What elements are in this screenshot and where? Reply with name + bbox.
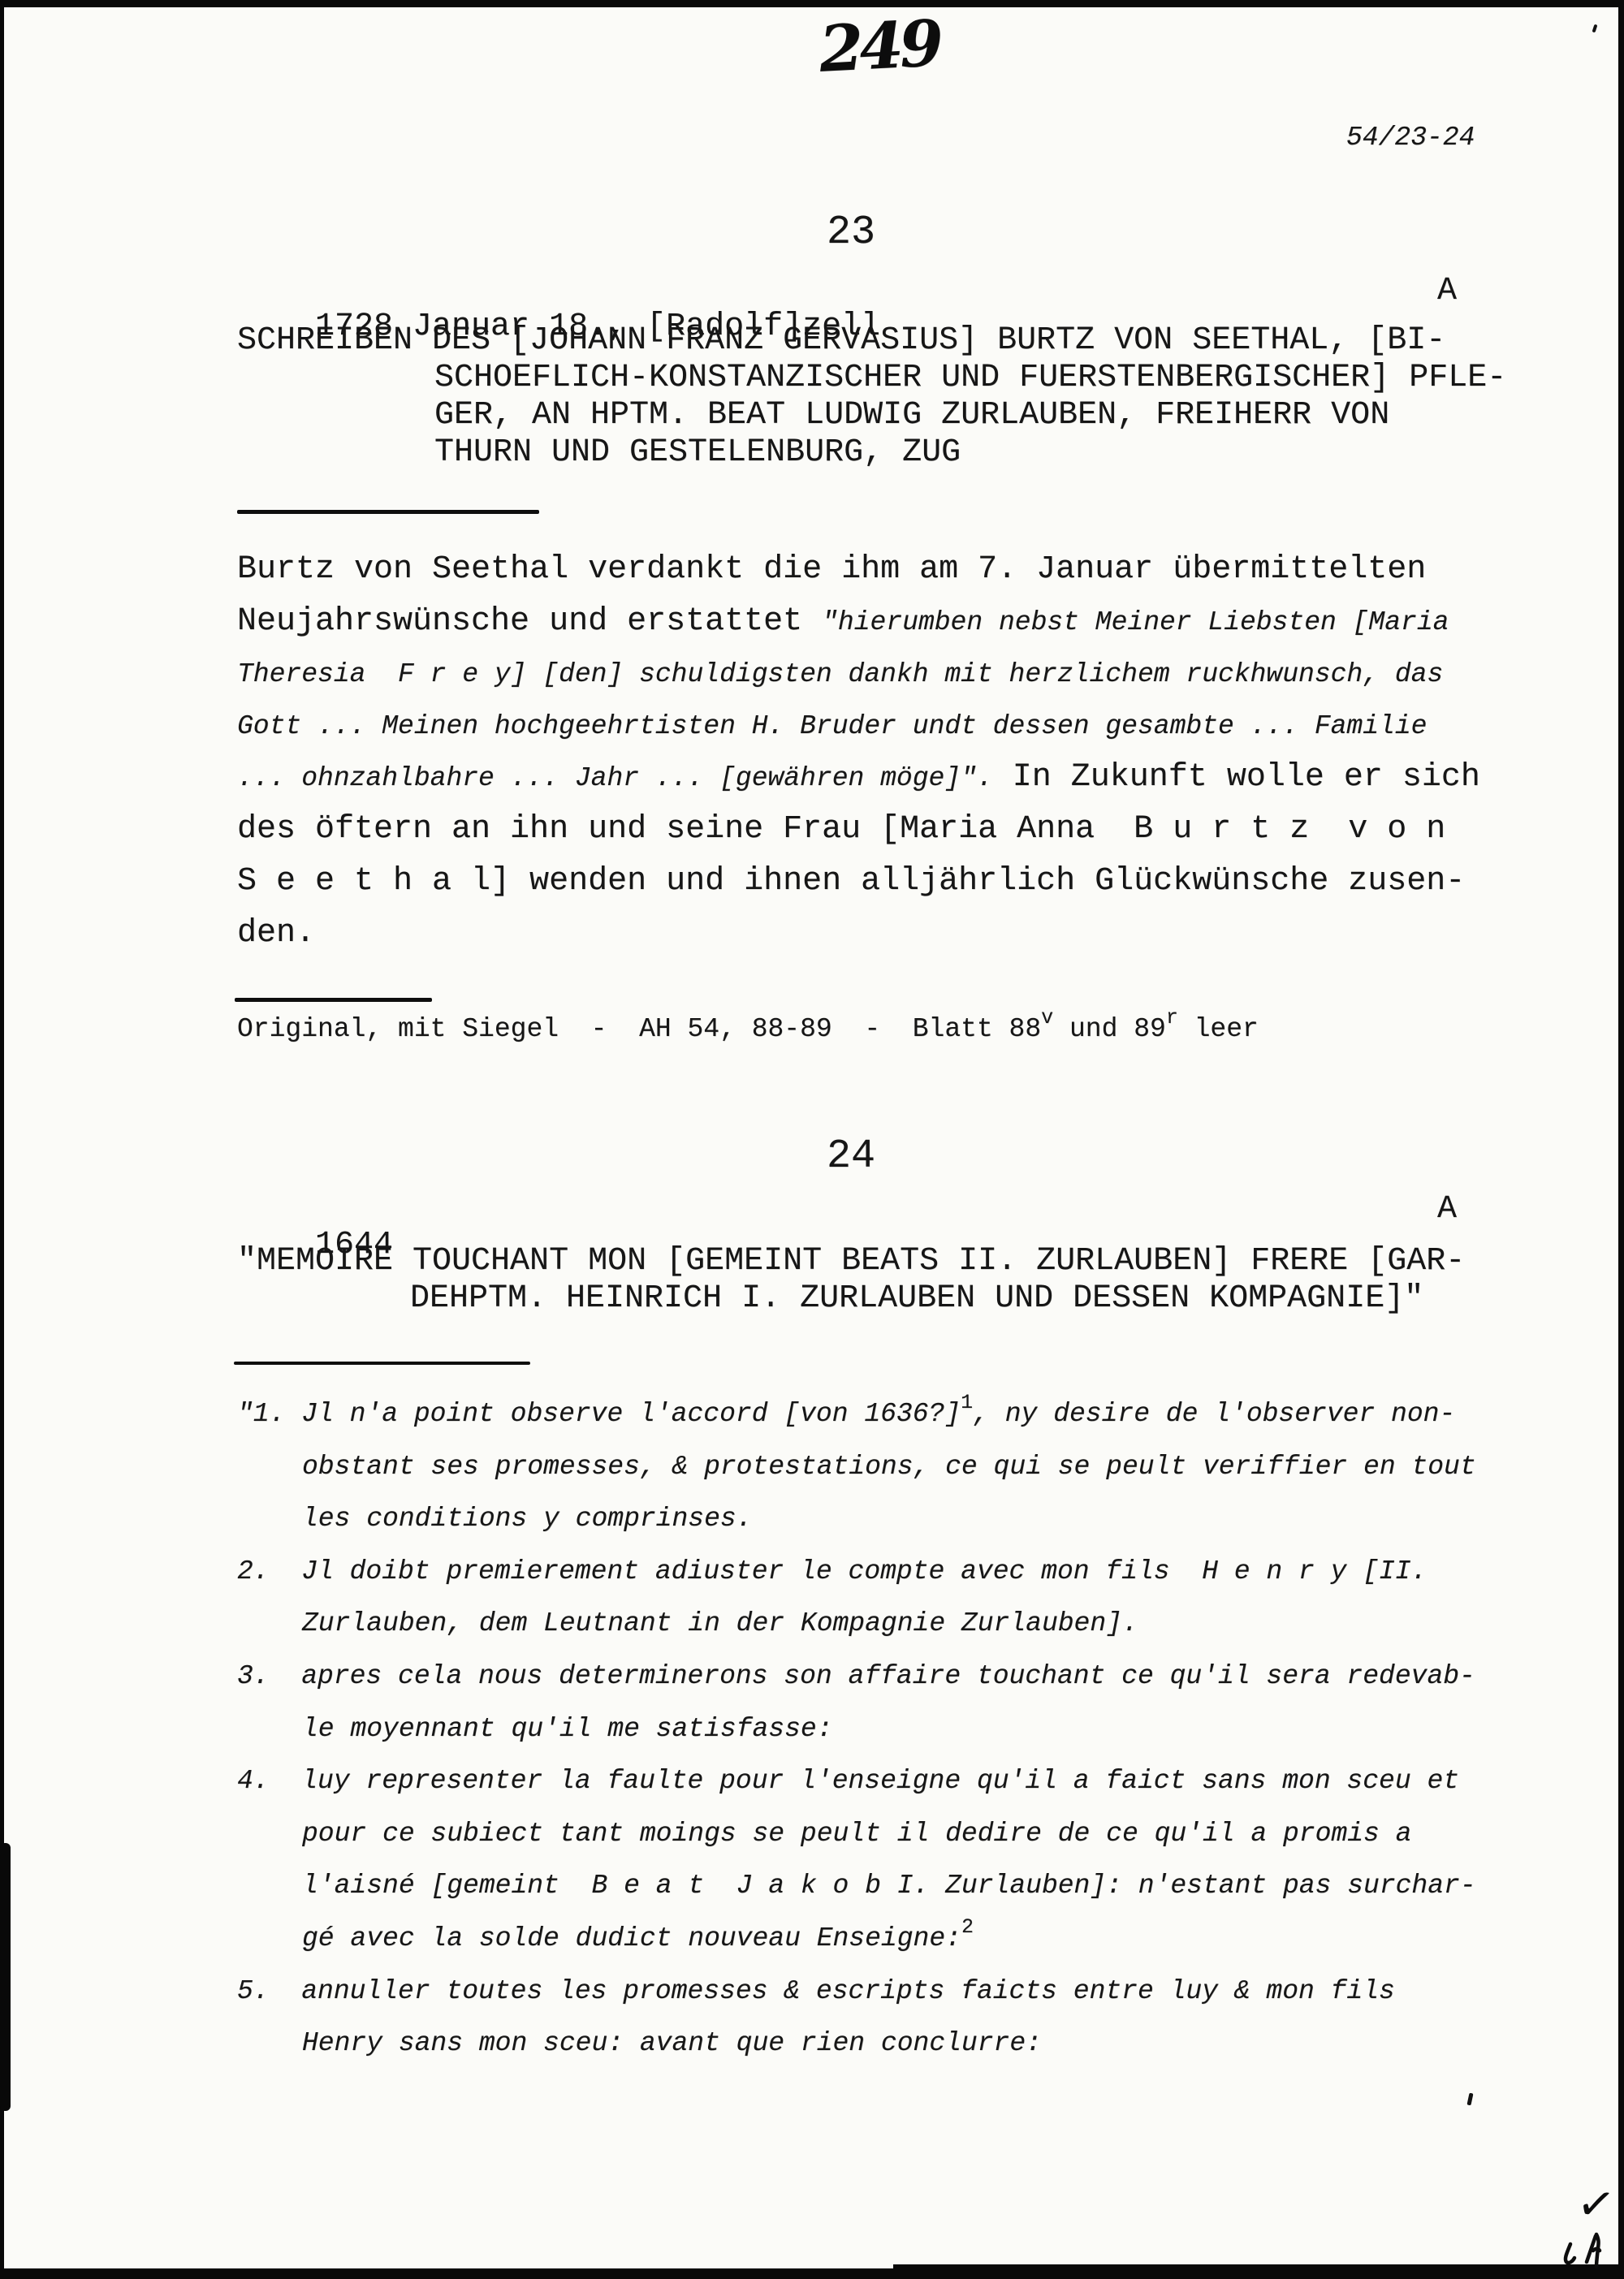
ink-speck-top-right xyxy=(1592,24,1598,33)
archive-reference: 54/23-24 xyxy=(1346,122,1475,154)
separator-rule-1 xyxy=(237,510,539,514)
entry-23-title: SCHREIBEN DES [JOHANN FRANZ GERVASIUS] B… xyxy=(237,322,1506,472)
footnote-marker: v xyxy=(1041,1006,1053,1029)
text-line: S e e t h a l] wenden und ihnen alljährl… xyxy=(237,856,1480,908)
scan-edge-bottom-right xyxy=(893,2264,1624,2269)
footnote-marker: r xyxy=(1166,1006,1178,1029)
text-line: 5. annuller toutes les promesses & escri… xyxy=(237,1966,1476,2018)
text-segment: des öftern an ihn und seine Frau [Maria … xyxy=(237,811,1445,848)
text-segment: pour ce subiect tant moings se peult il … xyxy=(302,1819,1411,1849)
text-segment: GER, AN HPTM. BEAT LUDWIG ZURLAUBEN, FRE… xyxy=(434,397,1389,434)
entry-24-number: 24 xyxy=(770,1135,932,1179)
entry-24-memo-list: "1. Jl n'a point observe l'accord [von 1… xyxy=(237,1388,1476,2070)
text-segment: 4. luy representer la faulte pour l'ense… xyxy=(237,1766,1459,1796)
text-line: SCHREIBEN DES [JOHANN FRANZ GERVASIUS] B… xyxy=(237,322,1506,360)
text-line: l'aisné [gemeint B e a t J a k o b I. Zu… xyxy=(302,1860,1476,1913)
text-line: 2. Jl doibt premierement adiuster le com… xyxy=(237,1546,1476,1599)
entry-23-summary: Burtz von Seethal verdankt die ihm am 7.… xyxy=(237,544,1480,960)
text-segment: In Zukunft wolle er sich xyxy=(993,759,1480,796)
footnote-marker: 1 xyxy=(961,1391,973,1414)
ink-speck-apostrophe xyxy=(1466,2093,1473,2106)
handwritten-checkmark-icon: ✓ xyxy=(1574,2180,1618,2230)
text-line: ... ohnzahlbahre ... Jahr ... [gewähren … xyxy=(237,752,1480,804)
text-segment: DEHPTM. HEINRICH I. ZURLAUBEN UND DESSEN… xyxy=(410,1280,1423,1317)
text-segment: le moyennant qu'il me satisfasse: xyxy=(302,1714,833,1744)
text-segment: "1. Jl n'a point observe l'accord [von 1… xyxy=(237,1399,961,1429)
text-segment: 3. apres cela nous determinerons son aff… xyxy=(237,1661,1475,1691)
text-segment: Henry sans mon sceu: avant que rien conc… xyxy=(302,2028,1042,2058)
text-segment: l'aisné [gemeint B e a t J a k o b I. Zu… xyxy=(302,1871,1476,1901)
text-line: DEHPTM. HEINRICH I. ZURLAUBEN UND DESSEN… xyxy=(410,1280,1465,1318)
scan-edge-top xyxy=(0,0,1624,7)
text-segment: ... ohnzahlbahre ... Jahr ... [gewähren … xyxy=(237,763,993,793)
text-line: "MEMOIRE TOUCHANT MON [GEMEINT BEATS II.… xyxy=(237,1243,1465,1280)
text-line: Henry sans mon sceu: avant que rien conc… xyxy=(302,2018,1476,2070)
text-line: Neujahrswünsche und erstattet "hierumben… xyxy=(237,596,1480,648)
text-segment: les conditions y comprinses. xyxy=(302,1504,753,1534)
entry-23-source-note: Original, mit Siegel - AH 54, 88-89 - Bl… xyxy=(237,1013,1259,1046)
entry-23-siglum: A xyxy=(1437,274,1457,309)
text-line: THURN UND GESTELENBURG, ZUG xyxy=(434,434,1506,472)
text-line: Theresia F r e y] [den] schuldigsten dan… xyxy=(237,648,1480,700)
text-line: les conditions y comprinses. xyxy=(302,1493,1476,1546)
entry-24-title: "MEMOIRE TOUCHANT MON [GEMEINT BEATS II.… xyxy=(237,1243,1465,1318)
text-segment: S e e t h a l] wenden und ihnen alljährl… xyxy=(237,863,1465,900)
scan-edge-left-blob xyxy=(0,1843,11,2111)
text-segment: leer xyxy=(1178,1014,1259,1044)
text-line: Original, mit Siegel - AH 54, 88-89 - Bl… xyxy=(237,1013,1259,1046)
separator-rule-3 xyxy=(234,1362,530,1365)
text-line: Zurlauben, dem Leutnant in der Kompagnie… xyxy=(302,1598,1476,1651)
text-segment: , ny desire de l'observer non- xyxy=(973,1399,1455,1429)
text-line: Burtz von Seethal verdankt die ihm am 7.… xyxy=(237,544,1480,596)
footnote-marker: 2 xyxy=(961,1915,974,1939)
scan-edge-bottom xyxy=(0,2268,1624,2279)
text-line: "1. Jl n'a point observe l'accord [von 1… xyxy=(237,1388,1476,1441)
handwritten-page-number: 249 xyxy=(817,11,942,83)
text-line: SCHOEFLICH-KONSTANZISCHER UND FUERSTENBE… xyxy=(434,360,1506,397)
scanned-document-page: 249 54/23-24 23 1728 Januar 18., [Radolf… xyxy=(0,0,1624,2279)
text-line: des öftern an ihn und seine Frau [Maria … xyxy=(237,804,1480,856)
text-segment: gé avec la solde dudict nouveau Enseigne… xyxy=(302,1923,961,1953)
text-line: obstant ses promesses, & protestations, … xyxy=(302,1441,1476,1494)
text-line: le moyennant qu'il me satisfasse: xyxy=(302,1703,1476,1756)
text-line: 4. luy representer la faulte pour l'ense… xyxy=(237,1755,1476,1808)
text-line: Gott ... Meinen hochgeehrtisten H. Brude… xyxy=(237,700,1480,752)
text-segment: 2. Jl doibt premierement adiuster le com… xyxy=(237,1556,1427,1586)
separator-rule-2 xyxy=(235,998,432,1002)
text-segment: Theresia F r e y] [den] schuldigsten dan… xyxy=(237,659,1443,689)
text-segment: "hierumben nebst Meiner Liebsten [Maria xyxy=(822,607,1449,637)
text-segment: SCHREIBEN DES [JOHANN FRANZ GERVASIUS] B… xyxy=(237,322,1445,359)
text-segment: Gott ... Meinen hochgeehrtisten H. Brude… xyxy=(237,711,1427,741)
entry-23-number: 23 xyxy=(770,211,932,255)
text-line: 3. apres cela nous determinerons son aff… xyxy=(237,1651,1476,1703)
text-segment: Original, mit Siegel - AH 54, 88-89 - Bl… xyxy=(237,1014,1041,1044)
text-segment: obstant ses promesses, & protestations, … xyxy=(302,1452,1476,1482)
text-segment: THURN UND GESTELENBURG, ZUG xyxy=(434,434,961,471)
text-segment: und 89 xyxy=(1053,1014,1166,1044)
text-segment: 5. annuller toutes les promesses & escri… xyxy=(237,1976,1395,2006)
text-segment: "MEMOIRE TOUCHANT MON [GEMEINT BEATS II.… xyxy=(237,1243,1465,1280)
text-segment: Neujahrswünsche und erstattet xyxy=(237,603,822,640)
text-segment: SCHOEFLICH-KONSTANZISCHER UND FUERSTENBE… xyxy=(434,360,1506,396)
entry-24-siglum: A xyxy=(1437,1192,1457,1228)
text-segment: den. xyxy=(237,915,315,952)
text-line: GER, AN HPTM. BEAT LUDWIG ZURLAUBEN, FRE… xyxy=(434,397,1506,434)
text-segment: Burtz von Seethal verdankt die ihm am 7.… xyxy=(237,551,1426,588)
text-segment: Zurlauben, dem Leutnant in der Kompagnie… xyxy=(302,1608,1138,1638)
scan-edge-right xyxy=(1618,0,1624,2279)
handwritten-initials-scribble xyxy=(1559,2226,1608,2273)
text-line: den. xyxy=(237,908,1480,960)
text-line: gé avec la solde dudict nouveau Enseigne… xyxy=(302,1913,1476,1966)
text-line: pour ce subiect tant moings se peult il … xyxy=(302,1808,1476,1861)
